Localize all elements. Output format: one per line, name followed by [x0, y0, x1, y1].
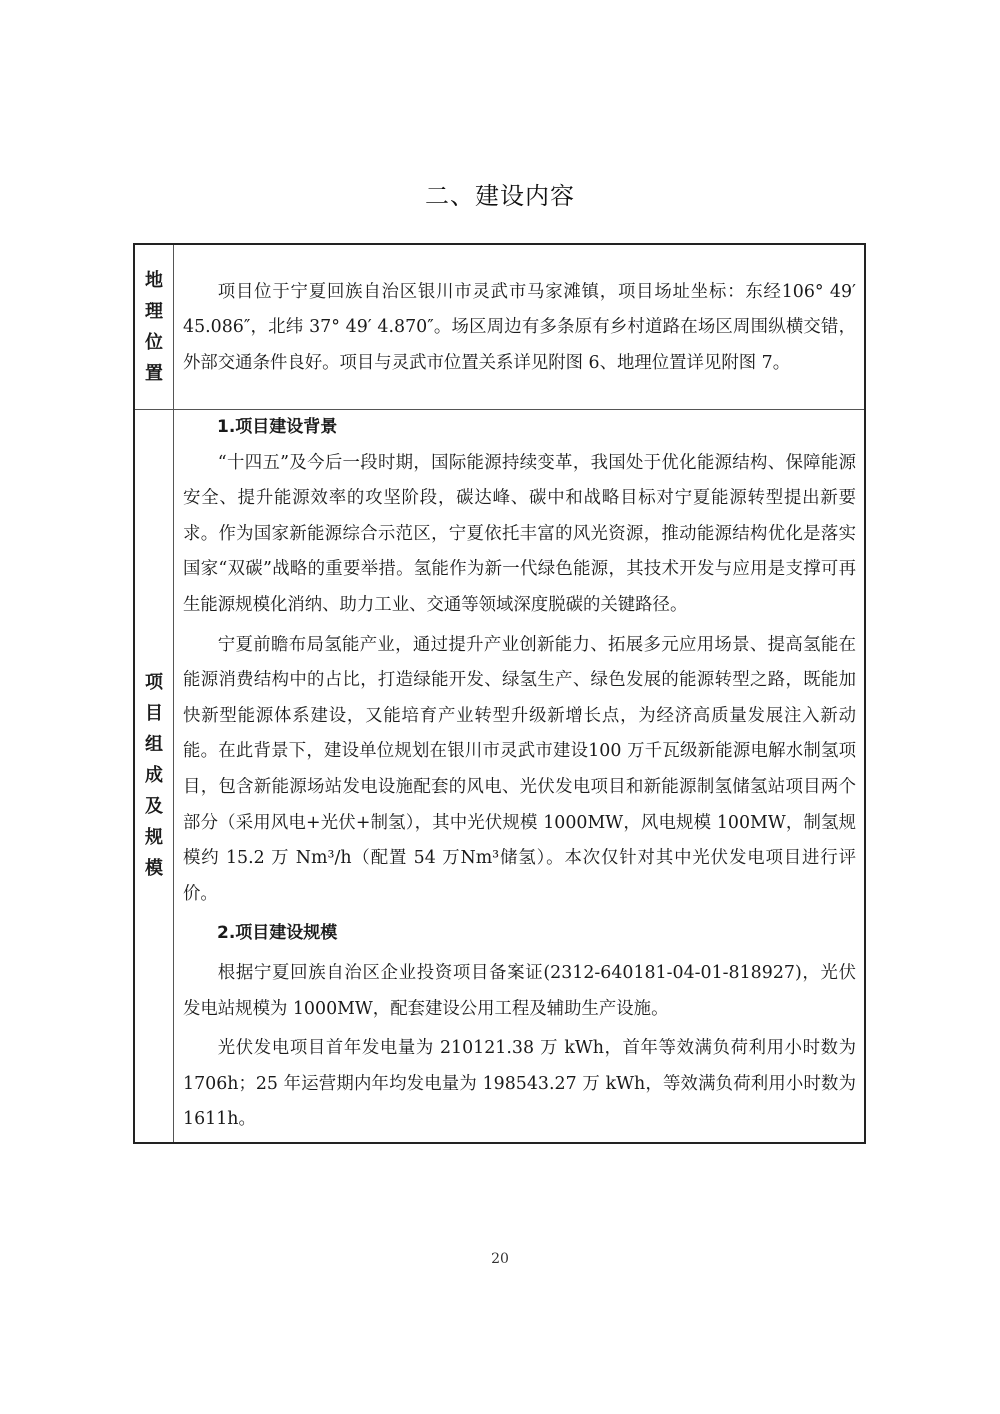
- label-char: 置: [135, 358, 173, 389]
- label-char: 规: [135, 822, 173, 853]
- label-char: 地: [135, 265, 173, 296]
- label-char: 及: [135, 791, 173, 822]
- scale-paragraph-1: 根据宁夏回族自治区企业投资项目备案证(2312-640181-04-01-818…: [183, 956, 856, 1027]
- section-heading-background: 1.项目建设背景: [183, 410, 856, 446]
- row-label-geographic-location: 地 理 位 置: [134, 244, 174, 410]
- page-number: 20: [0, 1251, 1000, 1267]
- label-char: 组: [135, 729, 173, 760]
- table-row-project-composition-scale: 项 目 组 成 及 规 模 1.项目建设背景 “十四五”及今后一段时期，国际能源…: [134, 410, 865, 1143]
- background-paragraph-1: “十四五”及今后一段时期，国际能源持续变革，我国处于优化能源结构、保障能源安全、…: [183, 446, 856, 624]
- label-char: 成: [135, 760, 173, 791]
- construction-content-table: 地 理 位 置 项目位于宁夏回族自治区银川市灵武市马家滩镇，项目场址坐标：东经1…: [133, 243, 866, 1144]
- location-paragraph: 项目位于宁夏回族自治区银川市灵武市马家滩镇，项目场址坐标：东经106° 49′ …: [183, 275, 856, 382]
- section-heading-scale: 2.项目建设规模: [183, 916, 856, 952]
- geographic-location-content: 项目位于宁夏回族自治区银川市灵武市马家滩镇，项目场址坐标：东经106° 49′ …: [174, 244, 866, 410]
- label-char: 位: [135, 327, 173, 358]
- label-char: 理: [135, 296, 173, 327]
- row-label-project-composition-scale: 项 目 组 成 及 规 模: [134, 410, 174, 1143]
- label-char: 模: [135, 853, 173, 884]
- page-title: 二、建设内容: [0, 176, 1000, 211]
- scale-paragraph-2: 光伏发电项目首年发电量为 210121.38 万 kWh，首年等效满负荷利用小时…: [183, 1031, 856, 1138]
- background-paragraph-2: 宁夏前瞻布局氢能产业，通过提升产业创新能力、拓展多元应用场景、提高氢能在能源消费…: [183, 628, 856, 913]
- label-char: 目: [135, 698, 173, 729]
- project-composition-content: 1.项目建设背景 “十四五”及今后一段时期，国际能源持续变革，我国处于优化能源结…: [174, 410, 866, 1143]
- label-char: 项: [135, 667, 173, 698]
- table-row-geographic-location: 地 理 位 置 项目位于宁夏回族自治区银川市灵武市马家滩镇，项目场址坐标：东经1…: [134, 244, 865, 410]
